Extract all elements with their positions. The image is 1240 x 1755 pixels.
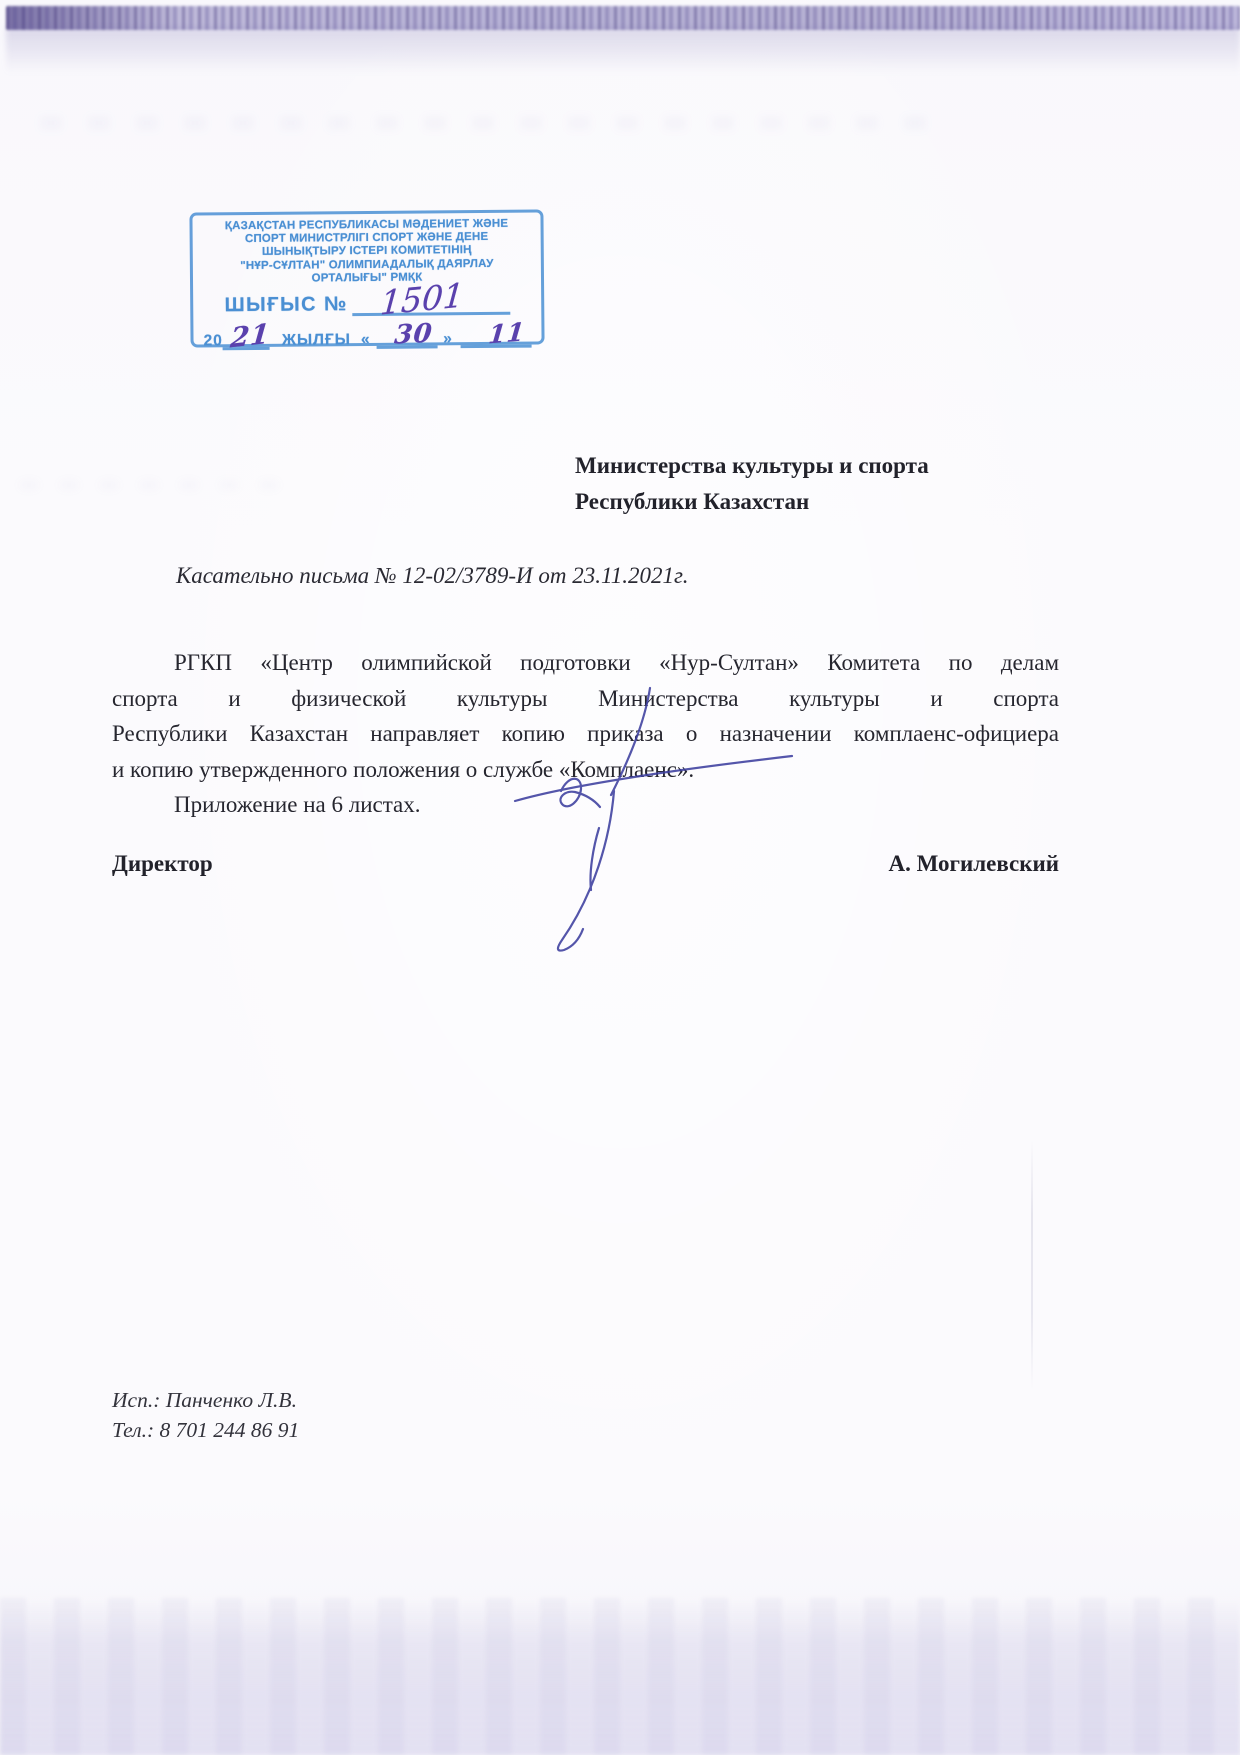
stamp-year-label: ЖЫЛҒЫ: [282, 331, 351, 350]
bleed-through-ghost: [20, 480, 280, 490]
attachment-line: Приложение на 6 листах.: [112, 787, 1059, 823]
registration-stamp: ҚАЗАҚСТАН РЕСПУБЛИКАСЫ МӘДЕНИЕТ ЖӘНЕ СПО…: [189, 209, 544, 347]
signer-name: А. Могилевский: [889, 851, 1060, 877]
body-line: и копию утвержденного положения о службе…: [112, 752, 1059, 788]
stamp-day-handwritten: 30: [393, 319, 434, 351]
scanned-letter-page: ҚАЗАҚСТАН РЕСПУБЛИКАСЫ МӘДЕНИЕТ ЖӘНЕ СПО…: [0, 0, 1240, 1755]
stamp-year-blank: 21: [223, 325, 270, 350]
stamp-month-handwritten: 11: [487, 317, 527, 349]
stamp-day-blank: 30: [376, 323, 437, 349]
phone-line: Тел.: 8 701 244 86 91: [112, 1415, 299, 1445]
body-paragraph: РГКП «Центр олимпийской подготовки «Нур-…: [112, 645, 1059, 823]
executor-line: Исп.: Панченко Л.В.: [112, 1385, 299, 1415]
director-title: Директор: [112, 851, 213, 877]
scan-smudge-top-fade: [6, 28, 1240, 74]
body-line: спорта и физической культуры Министерств…: [112, 681, 1059, 717]
footer-block: Исп.: Панченко Л.В. Тел.: 8 701 244 86 9…: [112, 1385, 299, 1445]
body-line: РГКП «Центр олимпийской подготовки «Нур-…: [112, 645, 1059, 681]
stamp-close-quote: »: [443, 330, 453, 348]
addressee-line-1: Министерства культуры и спорта: [575, 448, 1055, 484]
stamp-year-prefix: 20: [203, 332, 222, 350]
stamp-month-blank: 11: [461, 323, 532, 349]
signature-row: Директор А. Могилевский: [112, 851, 1059, 877]
addressee-block: Министерства культуры и спорта Республик…: [575, 448, 1055, 520]
stamp-date-row: 20 21 ЖЫЛҒЫ « 30 » 11: [193, 323, 541, 350]
scan-smudge-bottom: [0, 1598, 1240, 1755]
stamp-outgoing-label: ШЫҒЫС №: [224, 293, 348, 317]
scan-smudge-top: [6, 6, 1240, 30]
stamp-outgoing-number-handwritten: 1501: [379, 275, 466, 323]
stamp-open-quote: «: [361, 331, 371, 349]
body-line: Республики Казахстан направляет копию пр…: [112, 716, 1059, 752]
subject-line: Касательно письма № 12-02/3789-И от 23.1…: [176, 563, 688, 589]
stamp-year-handwritten: 21: [229, 319, 271, 355]
bleed-through-ghost: [40, 116, 940, 130]
paper-crease-line: [1031, 1140, 1033, 1390]
stamp-outgoing-row: ШЫҒЫС № 1501: [193, 288, 541, 317]
stamp-outgoing-number-blank: 1501: [352, 288, 510, 316]
addressee-line-2: Республики Казахстан: [575, 484, 1055, 520]
